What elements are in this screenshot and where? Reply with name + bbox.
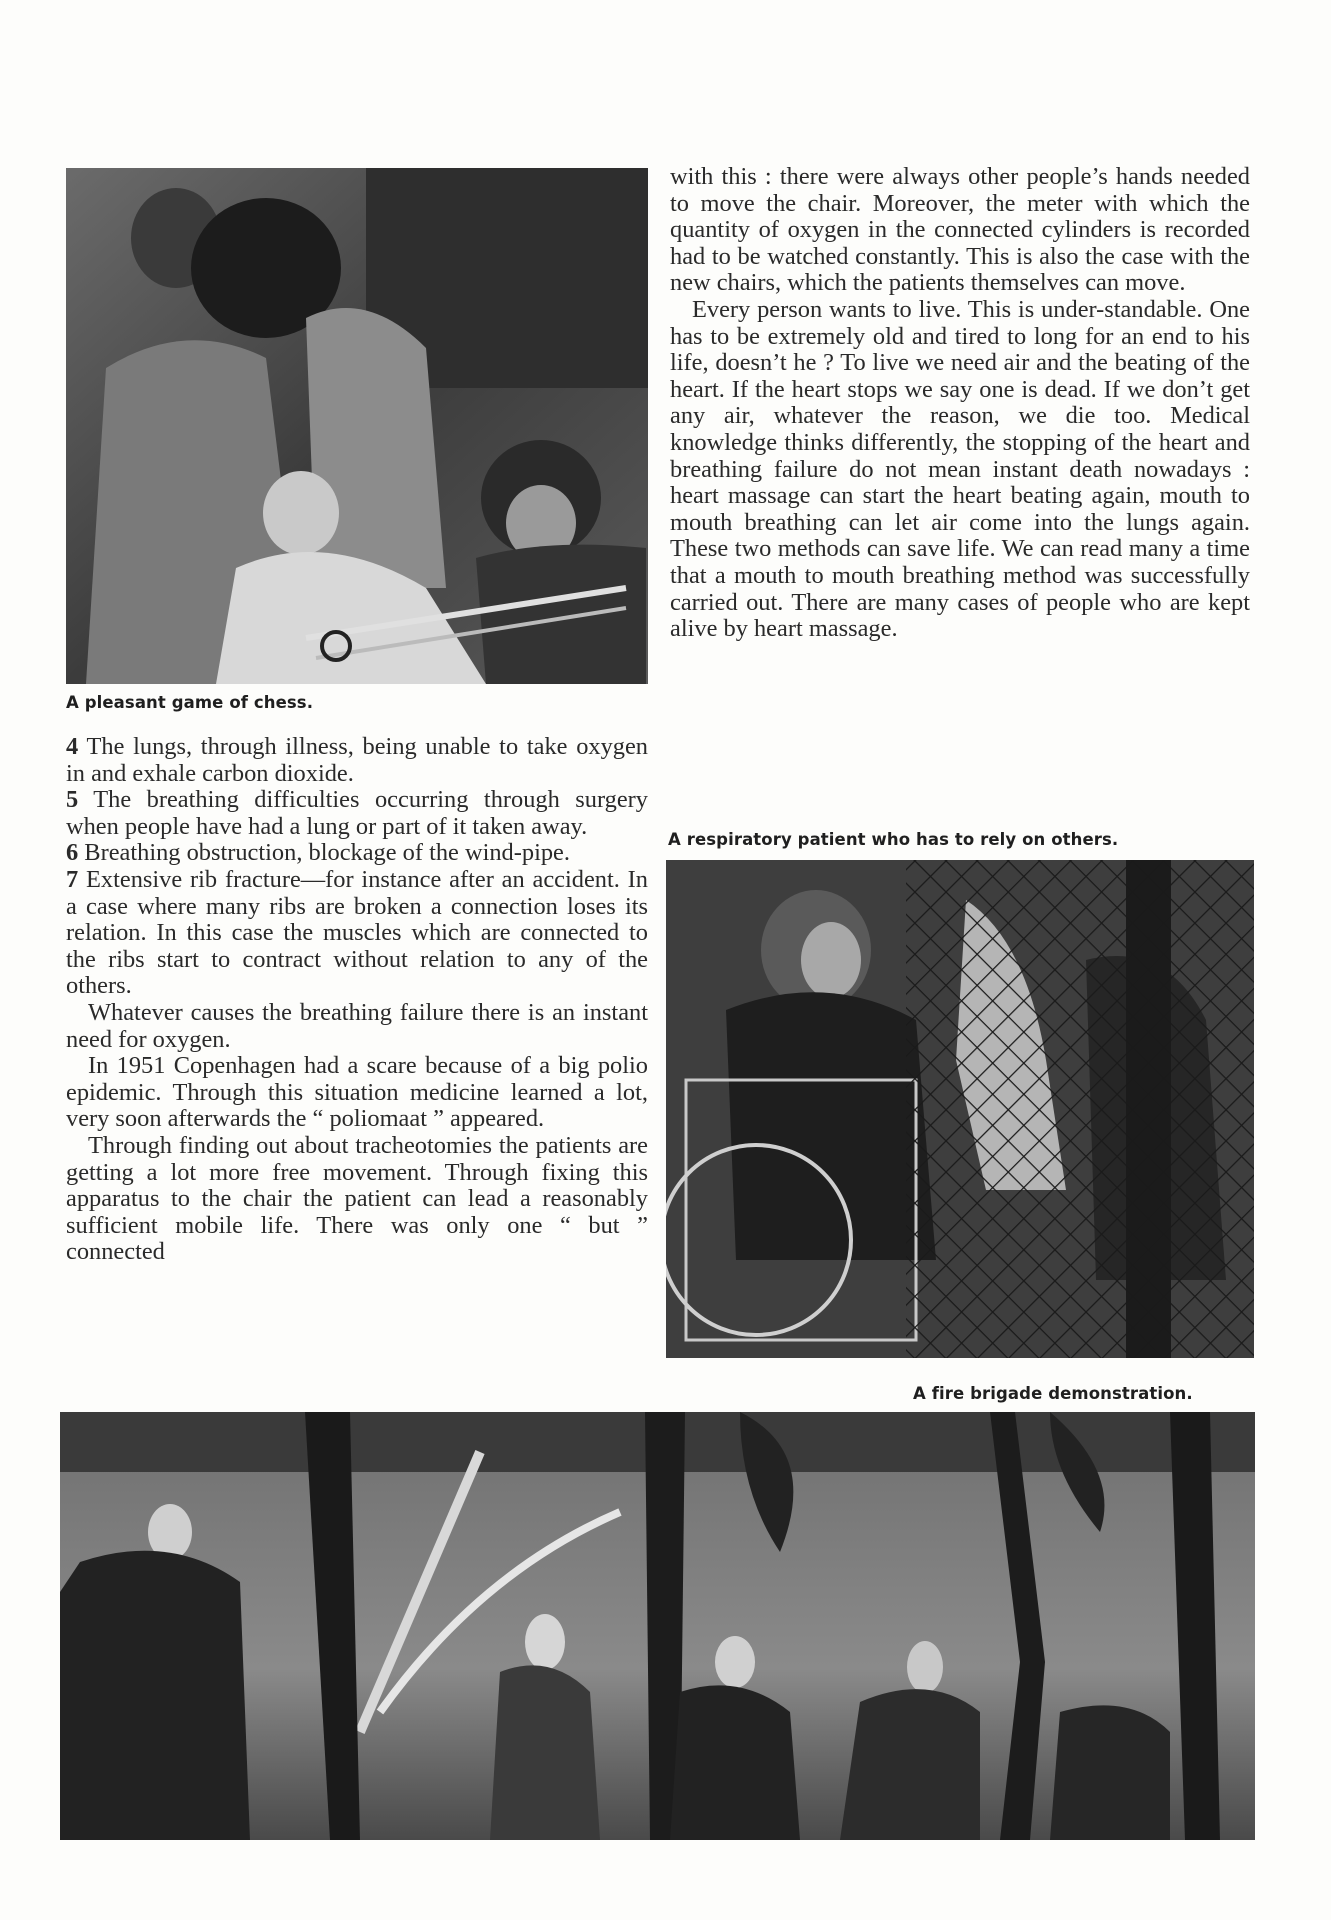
chess-photo-caption: A pleasant game of chess.	[66, 693, 313, 712]
right-text-column: with this : there were always other peop…	[670, 164, 1250, 643]
fire-brigade-photo-image	[60, 1412, 1255, 1840]
list-item-7: 7 Extensive rib fracture—for instance af…	[66, 867, 648, 1000]
list-item-6: 6 Breathing obstruction, blockage of the…	[66, 840, 648, 867]
fire-photo-caption: A fire brigade demonstration.	[913, 1384, 1193, 1403]
respiratory-photo-caption: A respiratory patient who has to rely on…	[668, 830, 1118, 849]
paragraph: Whatever causes the breathing failure th…	[66, 1000, 648, 1053]
paragraph: with this : there were always other peop…	[670, 164, 1250, 297]
chess-photo	[66, 168, 648, 684]
paragraph: Every person wants to live. This is unde…	[670, 297, 1250, 643]
paragraph: In 1951 Copenhagen had a scare because o…	[66, 1053, 648, 1133]
paragraph: Through finding out about tracheotomies …	[66, 1133, 648, 1266]
fire-brigade-photo	[60, 1412, 1255, 1840]
list-item-4: 4 The lungs, through illness, being unab…	[66, 734, 648, 787]
left-text-column: 4 The lungs, through illness, being unab…	[66, 734, 648, 1266]
chess-photo-image	[66, 168, 648, 684]
list-item-5: 5 The breathing difficulties occurring t…	[66, 787, 648, 840]
respiratory-photo	[666, 860, 1254, 1358]
respiratory-photo-image	[666, 860, 1254, 1358]
